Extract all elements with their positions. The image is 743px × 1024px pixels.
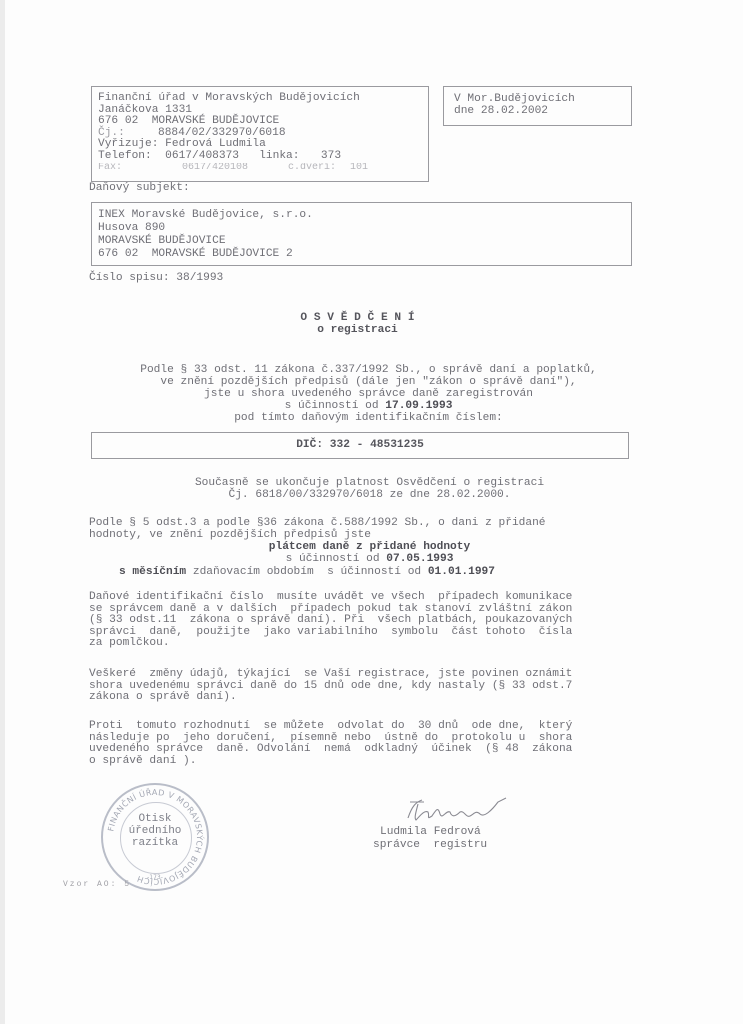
recipient-line: 676 02 MORAVSKÉ BUDĚJOVICE 2: [98, 248, 631, 261]
document-subtitle: o registraci: [0, 324, 729, 336]
termination-line: Čj. 6818/00/332970/6018 ze dne 28.02.200…: [0, 489, 741, 501]
sender-line: Finanční úřad v Moravských Budějovicích: [98, 93, 428, 105]
intro-line: pod tímto daňovým identifikačním číslem:: [0, 412, 740, 424]
date: dne 28.02.2002: [454, 106, 631, 118]
signatory-role: správce registru: [373, 839, 487, 851]
vat-payer-label: plátcem daně z přidané hodnoty: [269, 541, 470, 553]
phone-value: 0617/408373: [165, 150, 239, 162]
ext-value: 373: [321, 150, 341, 162]
sender-box: Finanční úřad v Moravských Budějovicích …: [91, 86, 429, 182]
intro-effective-prefix: s účinností od: [285, 400, 386, 412]
fax-label: Fax:: [98, 163, 182, 170]
recipient-line: INEX Moravské Budějovice, s.r.o.: [98, 209, 631, 222]
fax-row: Fax:0617/420108č.dveří:101: [98, 163, 428, 170]
fax-value: 0617/420108: [182, 163, 288, 170]
vat-effective-line: s účinností od 07.05.1993: [0, 553, 741, 565]
vat-payer-status: plátcem daně z přidané hodnoty: [0, 541, 741, 553]
tax-period-date: 01.01.1997: [428, 566, 495, 578]
tax-id-number: DIČ: 332 - 48531235: [296, 439, 424, 451]
vat-effective-date: 07.05.1993: [386, 553, 453, 565]
room-label: č.dveří:: [288, 163, 350, 170]
cj-value: 8884/02/332970/6018: [158, 127, 286, 139]
svg-text:-173-: -173-: [147, 874, 163, 881]
handler-label: Vyřizuje:: [98, 138, 158, 150]
intro-line: Podle § 33 odst. 11 zákona č.337/1992 Sb…: [0, 364, 740, 376]
scan-edge: [0, 0, 5, 1024]
paragraph-appeal: Proti tomuto rozhodnutí se můžete odvola…: [89, 721, 632, 767]
place-date-box: V Mor.Budějovicích dne 28.02.2002: [443, 86, 632, 126]
document-title: O S V Ě D Č E N Í: [0, 312, 729, 324]
form-code: Vzor AO: 5: [63, 880, 131, 889]
tax-period-type: s měsíčním: [119, 566, 186, 578]
place: V Mor.Budějovicích: [454, 94, 631, 106]
intro-effective-line: s účinností od 17.09.1993: [0, 400, 740, 412]
dic-box: DIČ: 332 - 48531235: [91, 432, 629, 459]
recipient-line: Husova 890: [98, 222, 631, 235]
signatory-name: Ludmila Fedrová: [380, 826, 481, 838]
tax-period-text: zdaňovacím obdobím s účinností od: [186, 566, 428, 578]
intro-line: ve znění pozdějších předpisů (dále jen "…: [0, 376, 740, 388]
vat-effective-prefix: s účinností od: [286, 553, 387, 565]
intro-line: jste u shora uvedeného správce daně zare…: [0, 388, 740, 400]
tax-period-line: s měsíčním zdaňovacím obdobím s účinnost…: [119, 566, 495, 578]
termination-line: Současně se ukončuje platnost Osvědčení …: [0, 477, 741, 489]
recipient-line: MORAVSKÉ BUDĚJOVICE: [98, 235, 631, 248]
signature-icon: [402, 796, 512, 826]
vat-line: Podle § 5 odst.3 a podle §36 zákona č.58…: [89, 517, 546, 529]
stamp-placeholder-text: Otisk úředního razítka: [103, 813, 207, 849]
paragraph-dic-usage: Daňové identifikační číslo musíte uvádět…: [89, 592, 632, 650]
registration-date: 17.09.1993: [385, 400, 452, 412]
phone-row: Telefon: 0617/408373 linka: 373: [98, 151, 428, 163]
official-stamp: FINANČNÍ ÚŘAD V MORAVSKÝCH BUDĚJOVICÍCH …: [101, 783, 209, 891]
handler-value: Fedrová Ludmila: [165, 138, 266, 150]
room-value: 101: [350, 163, 368, 170]
tax-subject-label: Daňový subjekt:: [89, 182, 190, 194]
vat-line: hodnoty, ve znění pozdějších předpisů js…: [89, 529, 371, 541]
recipient-box: INEX Moravské Budějovice, s.r.o. Husova …: [91, 202, 632, 266]
ext-label: linka:: [259, 151, 314, 163]
phone-label: Telefon:: [98, 150, 152, 162]
paragraph-changes: Veškeré změny údajů, týkající se Vaší re…: [89, 669, 632, 704]
file-number: Číslo spisu: 38/1993: [89, 272, 223, 284]
